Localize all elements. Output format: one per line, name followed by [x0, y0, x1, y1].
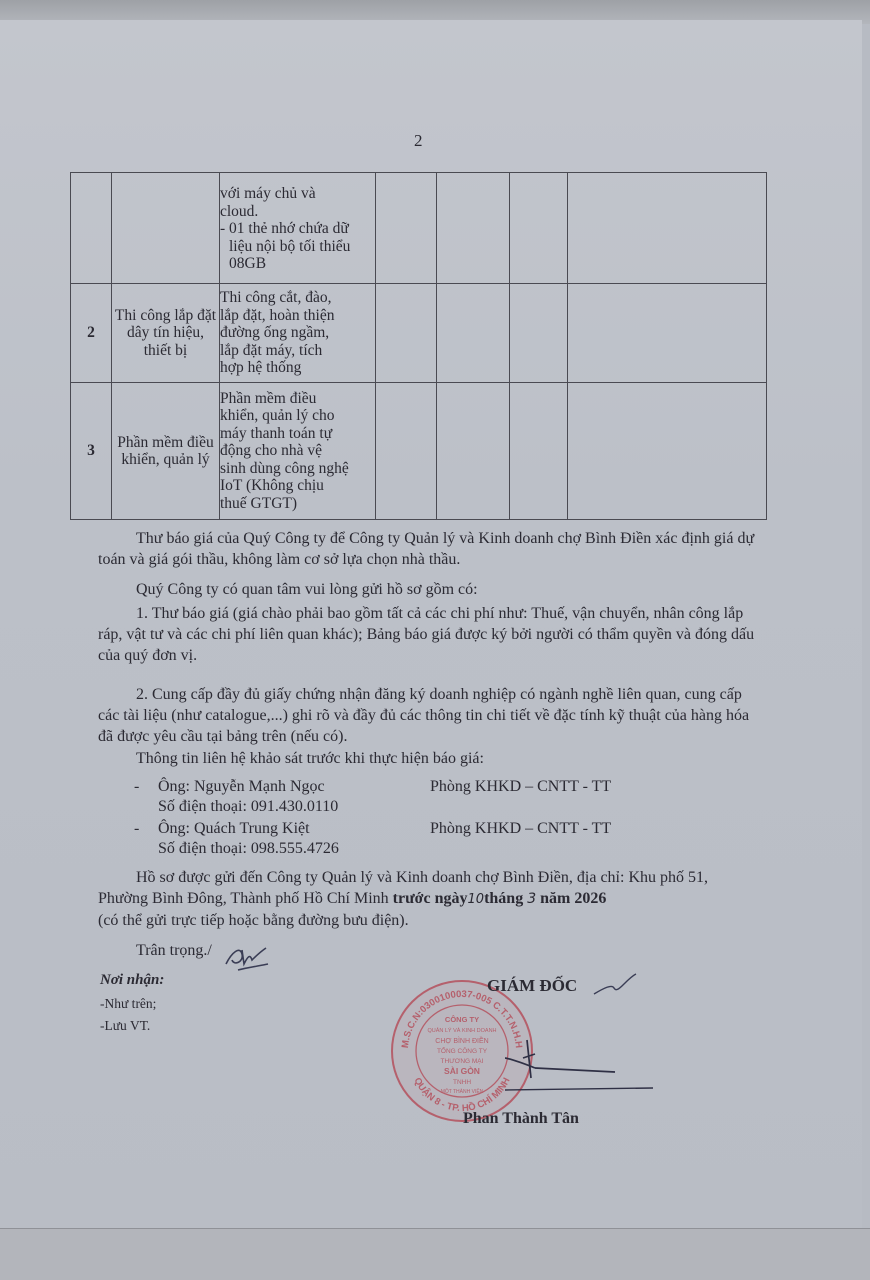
table-row: với máy chủ và cloud. - 01 thẻ nhớ chứa … [71, 173, 767, 284]
requirement-item-1: 1. Thư báo giá (giá chào phải bao gồm tấ… [98, 603, 758, 666]
title-initial-icon [590, 970, 640, 1000]
contact-phone: Số điện thoại: 091.430.0110 [158, 797, 338, 817]
background-surface-bottom [0, 1228, 870, 1280]
cell-empty [437, 173, 510, 284]
contact-name: Ông: Nguyễn Mạnh Ngọc [158, 777, 325, 797]
cell-stt: 2 [71, 284, 112, 383]
table-row: 3 Phần mềm điều khiển, quản lý Phần mềm … [71, 383, 767, 520]
bullet-dash: - [134, 819, 139, 839]
cell-empty [510, 173, 568, 284]
cell-stt [71, 173, 112, 284]
contact-phone: Số điện thoại: 098.555.4726 [158, 839, 339, 859]
cell-item-name: Phần mềm điều khiển, quản lý [112, 383, 220, 520]
cell-empty [568, 284, 767, 383]
bullet-dash: - [134, 777, 139, 797]
contact-department: Phòng KHKD – CNTT - TT [430, 777, 611, 797]
svg-text:THƯƠNG MẠI: THƯƠNG MẠI [441, 1058, 484, 1065]
recipient-item: -Lưu VT. [100, 1018, 150, 1034]
svg-text:QUẢN LÝ VÀ KINH DOANH: QUẢN LÝ VÀ KINH DOANH [427, 1027, 496, 1034]
svg-text:CÔNG TY: CÔNG TY [445, 1015, 479, 1024]
initial-signature-icon [222, 938, 272, 972]
svg-text:TỔNG CÔNG TY: TỔNG CÔNG TY [437, 1046, 488, 1055]
contact-name: Ông: Quách Trung Kiệt [158, 819, 310, 839]
request-paragraph: Quý Công ty có quan tâm vui lòng gửi hồ … [98, 579, 758, 600]
cell-empty [568, 173, 767, 284]
cell-description: Phần mềm điều khiển, quản lý cho máy tha… [220, 383, 376, 520]
svg-text:MỘT THÀNH VIÊN: MỘT THÀNH VIÊN [441, 1087, 484, 1095]
signatory-title: GIÁM ĐỐC [487, 976, 577, 996]
cell-empty [510, 284, 568, 383]
cell-empty [376, 383, 437, 520]
contact-intro: Thông tin liên hệ khảo sát trước khi thự… [98, 748, 758, 769]
cell-stt: 3 [71, 383, 112, 520]
recipients-title: Nơi nhận: [100, 972, 164, 989]
cell-item-name: Thi công lắp đặt dây tín hiệu, thiết bị [112, 284, 220, 383]
handwritten-month: 3 [527, 891, 536, 907]
recipient-item: -Như trên; [100, 996, 156, 1012]
svg-text:TNHH: TNHH [453, 1079, 471, 1086]
cell-empty [510, 383, 568, 520]
cell-empty [376, 284, 437, 383]
closing: Trân trọng./ [98, 940, 758, 961]
purpose-paragraph: Thư báo giá của Quý Công ty để Công ty Q… [98, 528, 758, 570]
cell-empty [568, 383, 767, 520]
cell-empty [437, 284, 510, 383]
svg-text:SÀI GÒN: SÀI GÒN [444, 1065, 480, 1076]
cell-empty [437, 383, 510, 520]
cell-description: với máy chủ và cloud. - 01 thẻ nhớ chứa … [220, 173, 376, 284]
signatory-name: Phan Thành Tân [463, 1110, 579, 1128]
director-signature-icon [505, 1030, 655, 1110]
cell-empty [376, 173, 437, 284]
handwritten-day: 10 [468, 892, 485, 907]
cell-item-name [112, 173, 220, 284]
cell-description: Thi công cắt, đào, lắp đặt, hoàn thiện đ… [220, 284, 376, 383]
submission-paragraph: Hồ sơ được gửi đến Công ty Quản lý và Ki… [98, 867, 758, 931]
requirement-item-2: 2. Cung cấp đầy đủ giấy chứng nhận đăng … [98, 684, 758, 747]
items-table: với máy chủ và cloud. - 01 thẻ nhớ chứa … [70, 172, 767, 520]
table-row: 2 Thi công lắp đặt dây tín hiệu, thiết b… [71, 284, 767, 383]
page-number: 2 [414, 131, 423, 151]
contact-department: Phòng KHKD – CNTT - TT [430, 819, 611, 839]
